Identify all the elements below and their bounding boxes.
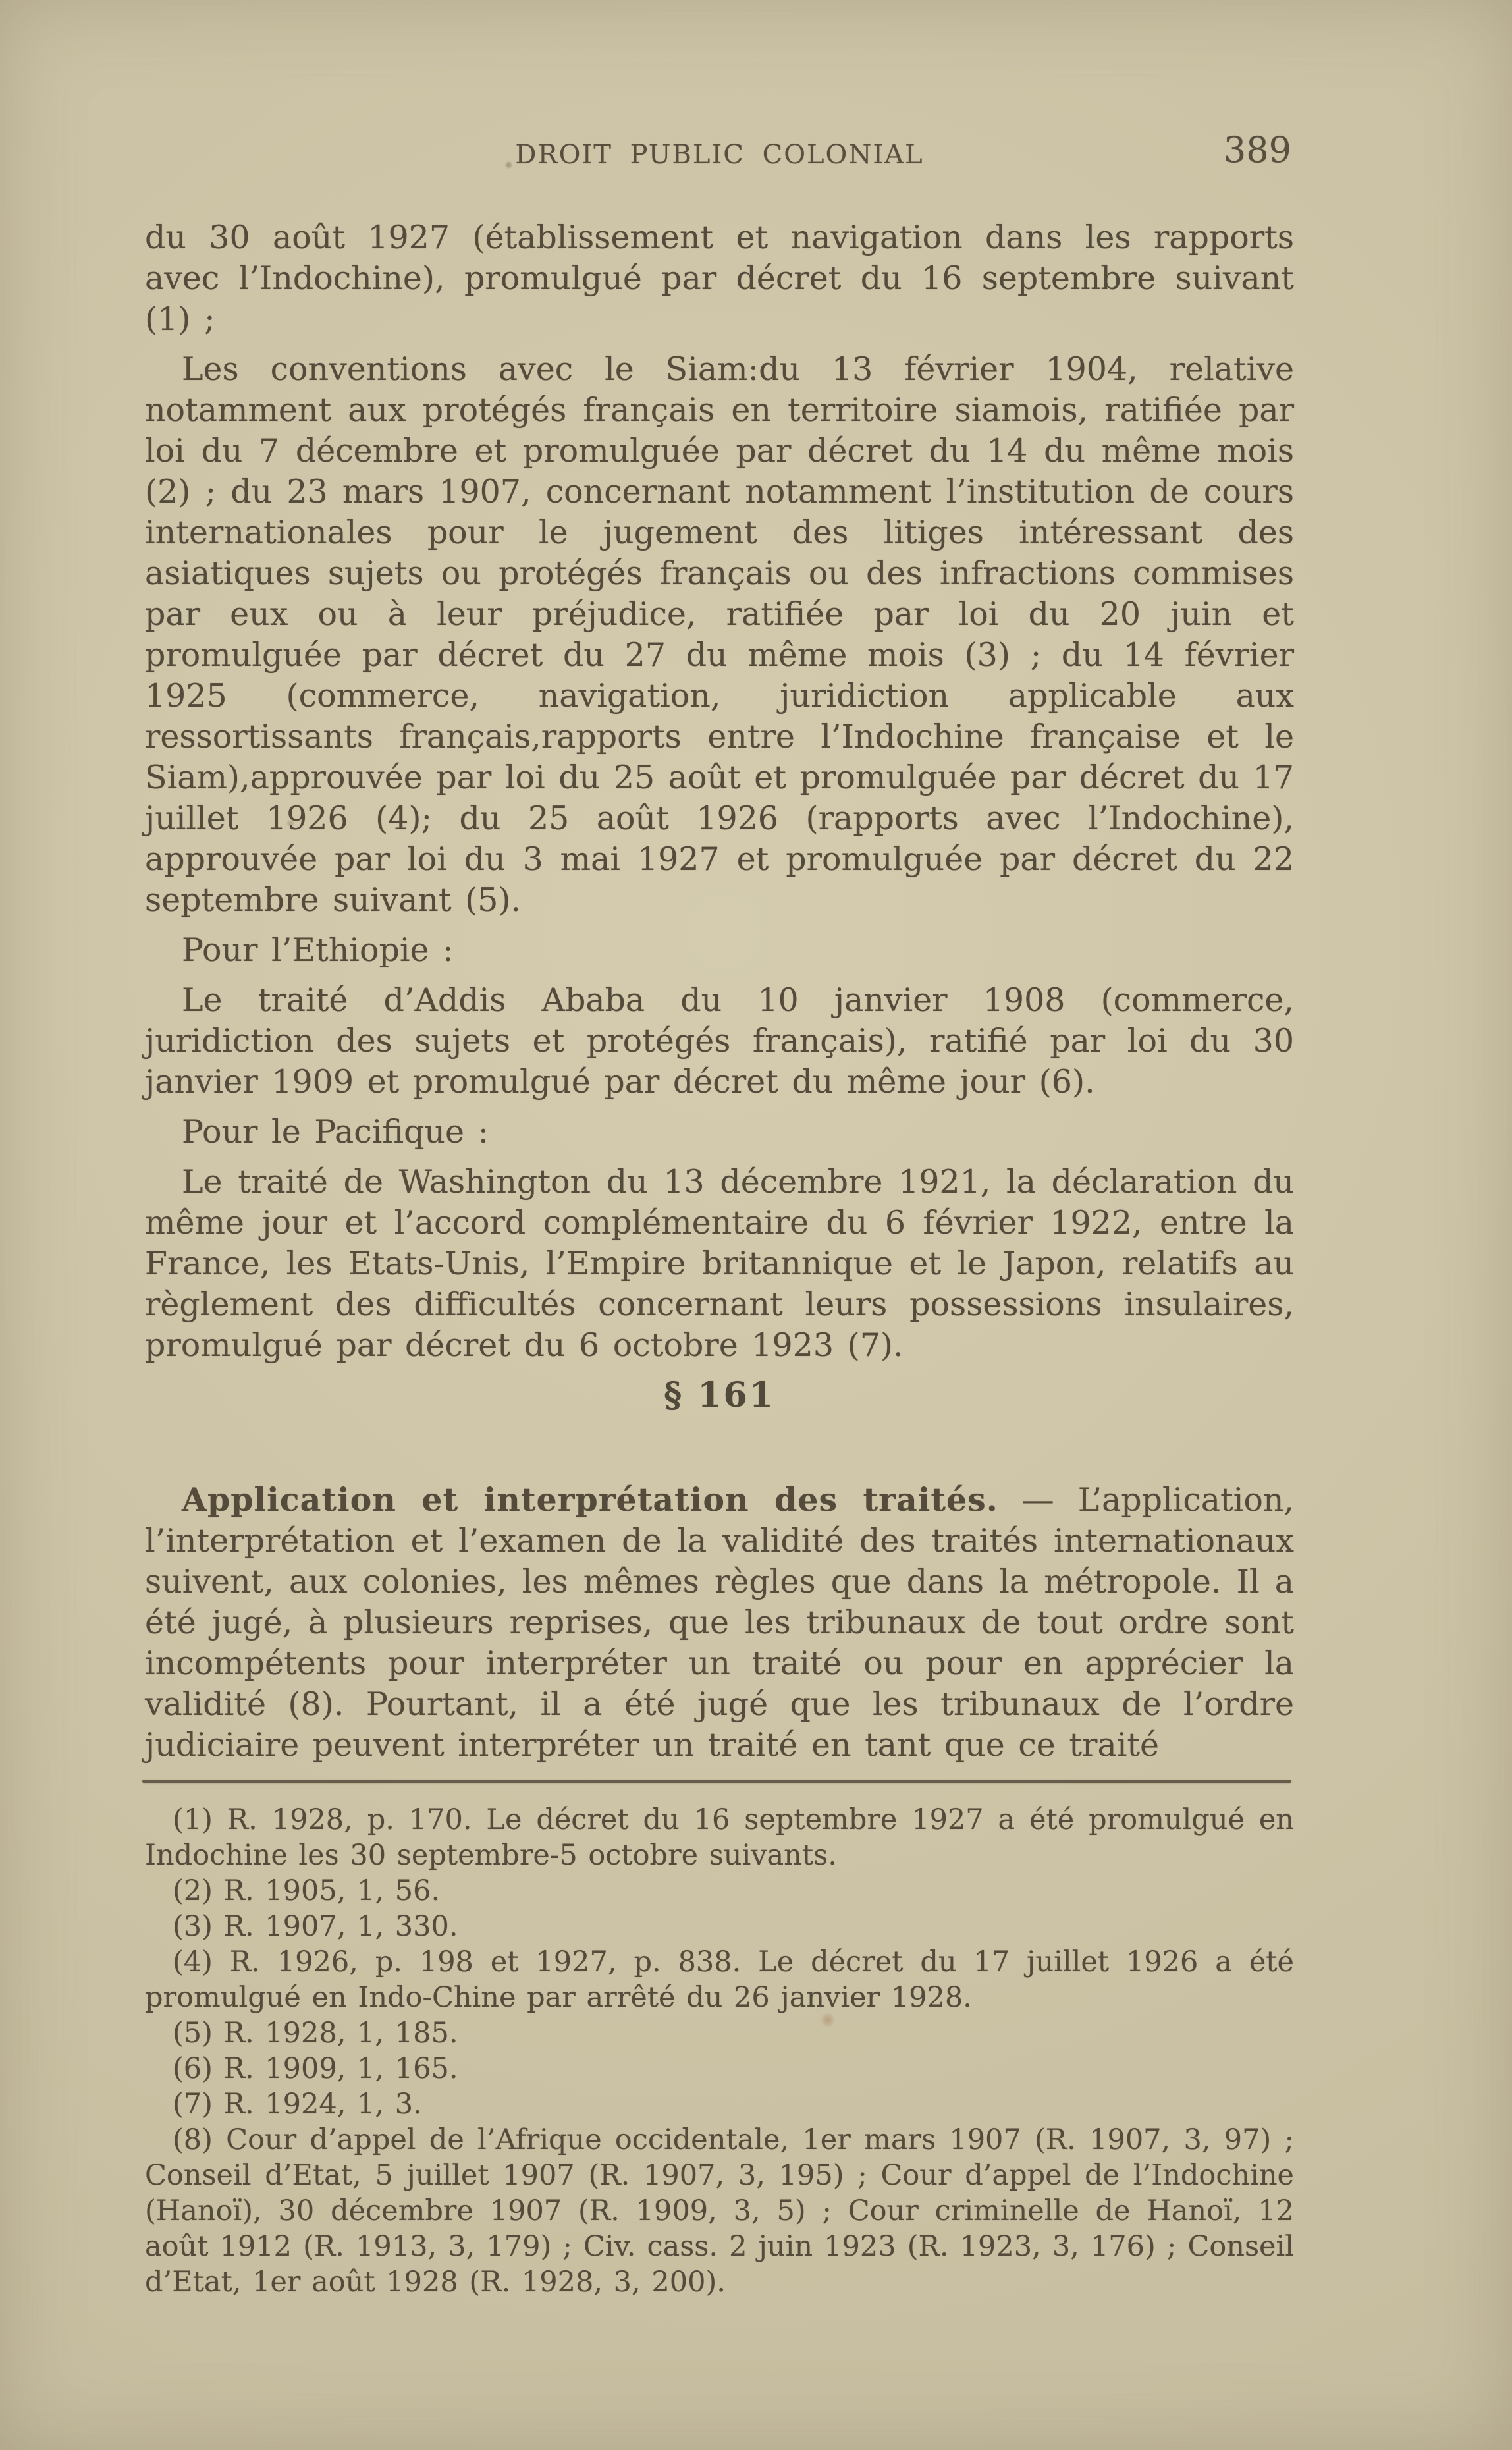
footnote-2: (2) R. 1905, 1, 56. <box>145 1873 1294 1909</box>
footnote-8: (8) Cour d’appel de l’Afrique occidental… <box>145 2122 1294 2300</box>
paper-stain <box>819 2013 836 2027</box>
paragraph-traite-washington: Le traité de Washington du 13 décembre 1… <box>145 1162 1294 1366</box>
footnote-5: (5) R. 1928, 1, 185. <box>145 2015 1294 2051</box>
footnote-4: (4) R. 1926, p. 198 et 1927, p. 838. Le … <box>145 1944 1294 2015</box>
running-title: DROIT PUBLIC COLONIAL <box>145 140 1294 170</box>
paper-speck <box>287 821 294 826</box>
running-header: DROIT PUBLIC COLONIAL 389 <box>145 133 1294 179</box>
footnotes-block: (1) R. 1928, p. 170. Le décret du 16 sep… <box>145 1802 1294 2300</box>
footnote-7: (7) R. 1924, 1, 3. <box>145 2086 1294 2122</box>
book-page-scan: DROIT PUBLIC COLONIAL 389 du 30 août 192… <box>0 0 1512 2450</box>
application-heading-rest: — L’application, l’interprétation et l’e… <box>145 1481 1294 1764</box>
paragraph-conventions-siam: Les conventions avec le Siam:du 13 févri… <box>145 349 1294 921</box>
footnote-6: (6) R. 1909, 1, 165. <box>145 2051 1294 2086</box>
paragraph-traite-addis-ababa: Le traité d’Addis Ababa du 10 janvier 19… <box>145 980 1294 1102</box>
footnote-3: (3) R. 1907, 1, 330. <box>145 1909 1294 1944</box>
paper-speck <box>506 162 512 168</box>
application-heading-bold: Application et interprétation des traité… <box>182 1481 998 1519</box>
body-text: du 30 août 1927 (établissement et naviga… <box>145 217 1294 1375</box>
paragraph-treaty-august-1927: du 30 août 1927 (établissement et naviga… <box>145 217 1294 340</box>
paragraph-pour-ethiopie: Pour l’Ethiopie : <box>145 930 1294 971</box>
page-number: 389 <box>1224 129 1291 171</box>
footnote-separator-rule <box>142 1780 1291 1783</box>
section-number-161: § 161 <box>145 1375 1294 1415</box>
footnote-1: (1) R. 1928, p. 170. Le décret du 16 sep… <box>145 1802 1294 1873</box>
paragraph-pour-pacifique: Pour le Pacifique : <box>145 1112 1294 1153</box>
paragraph-application-interpretation: Application et interprétation des traité… <box>145 1479 1294 1766</box>
